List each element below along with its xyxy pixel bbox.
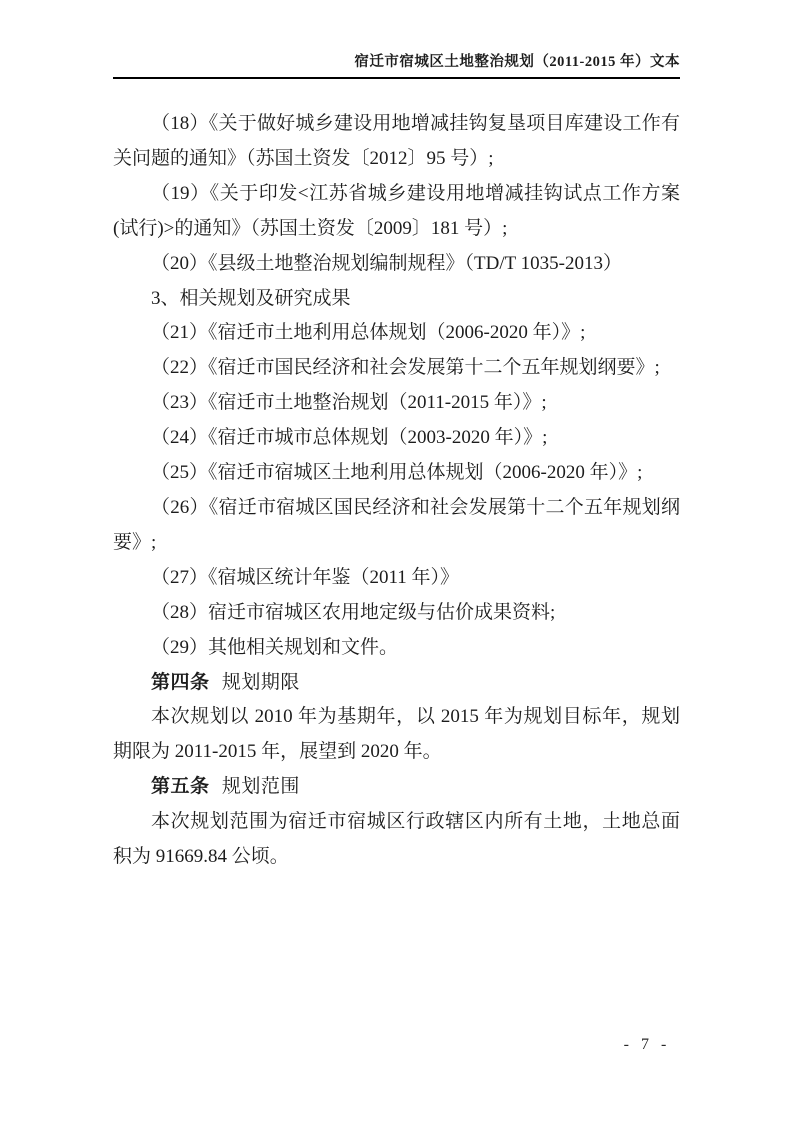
sublist-heading-related-plans: 3、相关规划及研究成果	[113, 282, 680, 317]
document-page: 宿迁市宿城区土地整治规划（2011-2015 年）文本 （18）《关于做好城乡建…	[0, 0, 793, 1122]
reference-item-25: （25）《宿迁市宿城区土地利用总体规划（2006-2020 年）》;	[113, 456, 680, 491]
section-heading-article-5-label: 第五条	[151, 776, 210, 797]
page-number: - 7 -	[597, 1036, 697, 1054]
body-paragraph-planning-period: 本次规划以 2010 年为基期年，以 2015 年为规划目标年，规划期限为 20…	[113, 700, 680, 770]
reference-item-23: （23）《宿迁市土地整治规划（2011-2015 年）》;	[113, 386, 680, 421]
section-heading-article-4-label: 第四条	[151, 672, 210, 693]
reference-item-28: （28）宿迁市宿城区农用地定级与估价成果资料;	[113, 596, 680, 631]
reference-item-19: （19）《关于印发<江苏省城乡建设用地增减挂钩试点工作方案(试行)>的通知》（苏…	[113, 177, 680, 247]
reference-item-27: （27）《宿城区统计年鉴（2011 年）》	[113, 561, 680, 596]
reference-item-22: （22）《宿迁市国民经济和社会发展第十二个五年规划纲要》;	[113, 351, 680, 386]
reference-item-21: （21）《宿迁市土地利用总体规划（2006-2020 年）》;	[113, 316, 680, 351]
page-header: 宿迁市宿城区土地整治规划（2011-2015 年）文本	[113, 54, 680, 79]
section-heading-article-5-title: 规划范围	[222, 776, 300, 797]
document-body: （18）《关于做好城乡建设用地增减挂钩复垦项目库建设工作有关问题的通知》（苏国土…	[113, 107, 680, 875]
reference-item-26: （26）《宿迁市宿城区国民经济和社会发展第十二个五年规划纲要》;	[113, 491, 680, 561]
reference-item-20: （20）《县级土地整治规划编制规程》（TD/T 1035-2013）	[113, 247, 680, 282]
body-paragraph-planning-scope: 本次规划范围为宿迁市宿城区行政辖区内所有土地，土地总面积为 91669.84 公…	[113, 805, 680, 875]
header-title: 宿迁市宿城区土地整治规划（2011-2015 年）文本	[354, 54, 680, 70]
section-heading-article-5: 第五条规划范围	[113, 770, 680, 805]
section-heading-article-4: 第四条规划期限	[113, 666, 680, 701]
reference-item-29: （29）其他相关规划和文件。	[113, 631, 680, 666]
reference-item-18: （18）《关于做好城乡建设用地增减挂钩复垦项目库建设工作有关问题的通知》（苏国土…	[113, 107, 680, 177]
section-heading-article-4-title: 规划期限	[222, 672, 300, 693]
reference-item-24: （24）《宿迁市城市总体规划（2003-2020 年）》;	[113, 421, 680, 456]
